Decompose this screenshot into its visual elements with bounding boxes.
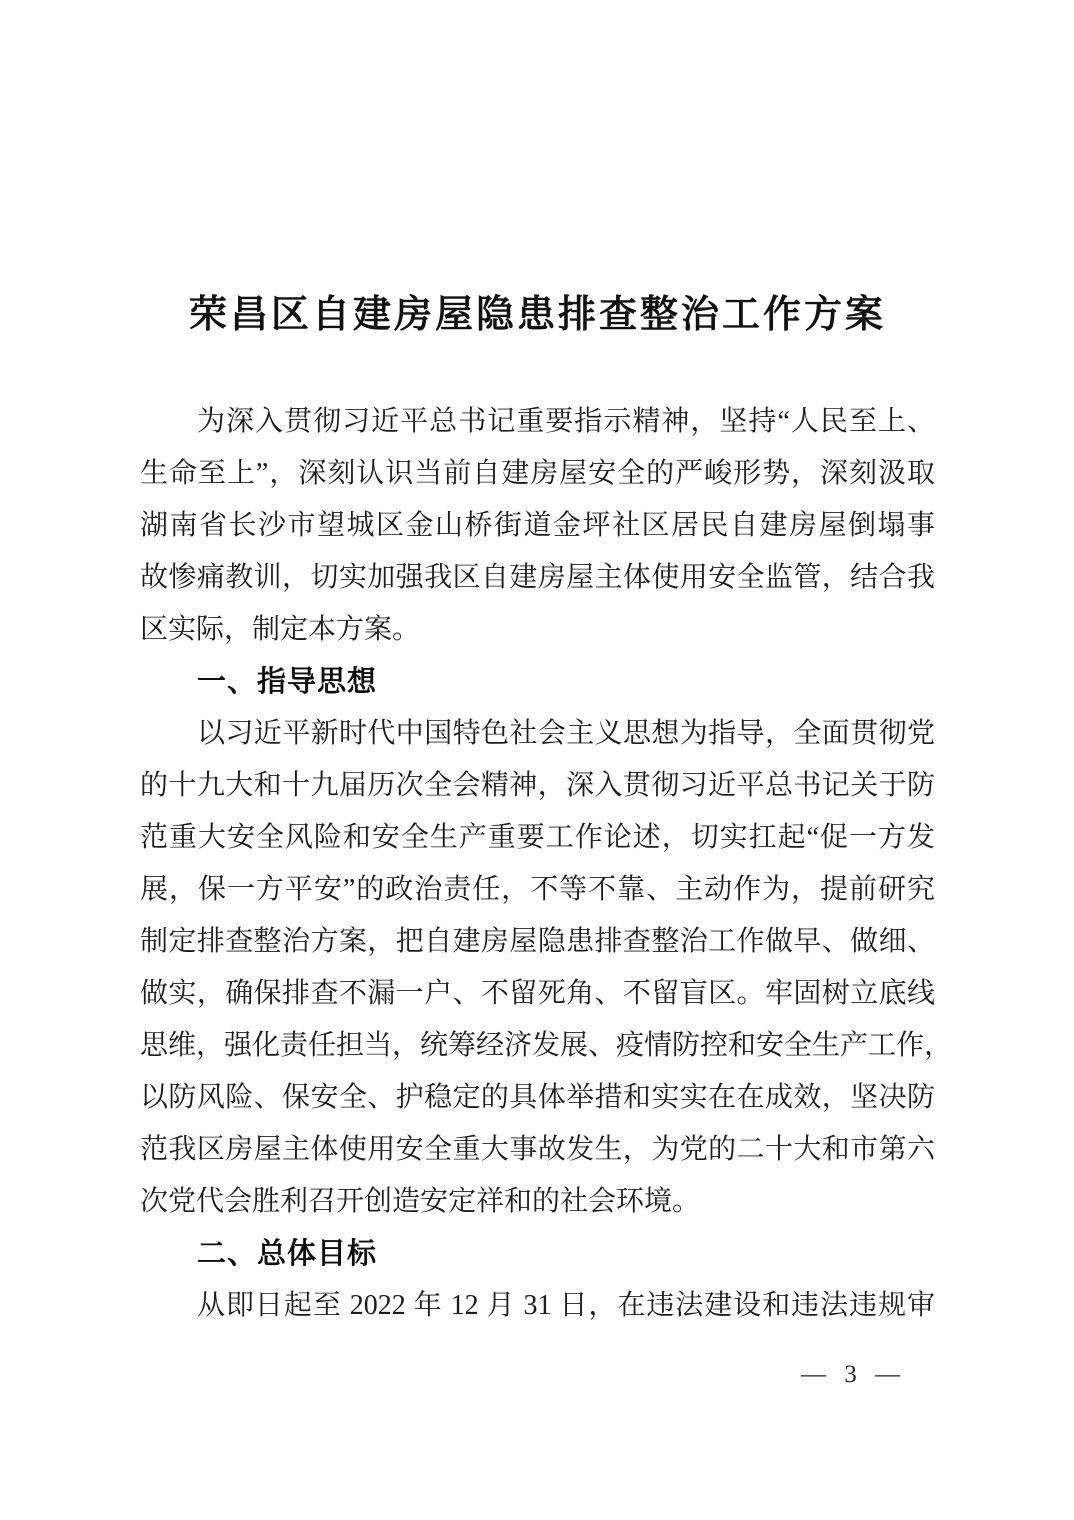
intro-line: 湖南省长沙市望城区金山桥街道金坪社区居民自建房屋倒塌事 [140, 500, 935, 552]
section-line: 从即日起至 2022 年 12 月 31 日，在违法建设和违法违规审 [140, 1280, 935, 1332]
intro-line: 区实际，制定本方案。 [140, 604, 935, 656]
section-line: 以习近平新时代中国特色社会主义思想为指导，全面贯彻党 [140, 708, 935, 760]
document-page: 荣昌区自建房屋隐患排查整治工作方案 为深入贯彻习近平总书记重要指示精神，坚持“人… [0, 0, 1074, 1520]
section-line: 的十九大和十九届历次全会精神，深入贯彻习近平总书记关于防 [140, 760, 935, 812]
document-content: 荣昌区自建房屋隐患排查整治工作方案 为深入贯彻习近平总书记重要指示精神，坚持“人… [140, 0, 935, 1332]
section-line: 做实，确保排查不漏一户、不留死角、不留盲区。牢固树立底线 [140, 968, 935, 1020]
section-line: 制定排查整治方案，把自建房屋隐患排查整治工作做早、做细、 [140, 916, 935, 968]
intro-line: 故惨痛教训，切实加强我区自建房屋主体使用安全监管，结合我 [140, 552, 935, 604]
section-heading-overall-objectives: 二、总体目标 [140, 1228, 935, 1280]
intro-line: 为深入贯彻习近平总书记重要指示精神，坚持“人民至上、 [140, 396, 935, 448]
section-line: 范我区房屋主体使用安全重大事故发生，为党的二十大和市第六 [140, 1124, 935, 1176]
document-title: 荣昌区自建房屋隐患排查整治工作方案 [140, 289, 935, 341]
section-line: 范重大安全风险和安全生产重要工作论述，切实扛起“促一方发 [140, 812, 935, 864]
section-line: 次党代会胜利召开创造安定祥和的社会环境。 [140, 1176, 935, 1228]
section-line: 思维，强化责任担当，统筹经济发展、疫情防控和安全生产工作， [140, 1020, 935, 1072]
section-line: 以防风险、保安全、护稳定的具体举措和实实在在成效，坚决防 [140, 1072, 935, 1124]
page-number: — 3 — [801, 1360, 906, 1390]
document-body: 为深入贯彻习近平总书记重要指示精神，坚持“人民至上、 生命至上”，深刻认识当前自… [140, 396, 935, 1332]
section-heading-guiding-ideology: 一、指导思想 [140, 656, 935, 708]
section-line: 展，保一方平安”的政治责任，不等不靠、主动作为，提前研究 [140, 864, 935, 916]
intro-line: 生命至上”，深刻认识当前自建房屋安全的严峻形势，深刻汲取 [140, 448, 935, 500]
